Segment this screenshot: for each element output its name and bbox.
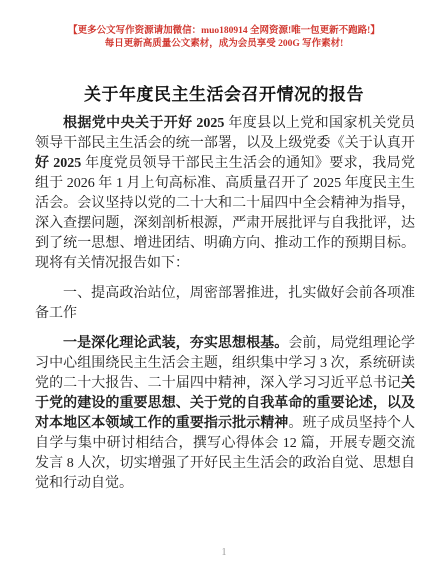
paragraph: 一、提高政治站位，周密部署推进，扎实做好会前各项准备工作 [35,284,415,324]
text-run: 年度党员领导干部民主生活会的通知》要求，我局党组于 2026 年 1 月上旬高标… [35,156,415,271]
watermark-line: 【更多公文写作资源请加微信：muo180914 全网资源!唯一包更新不跑路!】 [0,25,448,38]
bold-run: 一是深化理论武装，夯实思想根基。 [63,336,288,351]
document-title: 关于年度民主生活会召开情况的报告 [20,83,428,107]
document-page: 【更多公文写作资源请加微信：muo180914 全网资源!唯一包更新不跑路!】 … [0,0,448,580]
text-run: 一、提高政治站位，周密部署推进，扎实做好会前各项准备工作 [35,286,415,321]
document-body: 根据党中央关于开好 2025 年度县以上党和国家机关党员领导干部民主生活会的统一… [35,114,415,494]
page-number: 1 [0,547,448,558]
bold-run: 根据党中央关于开好 2025 [63,116,228,131]
paragraph: 根据党中央关于开好 2025 年度县以上党和国家机关党员领导干部民主生活会的统一… [35,114,415,274]
paragraph: 一是深化理论武装，夯实思想根基。会前，局党组理论学习中心组围绕民主生活会主题，组… [35,334,415,494]
watermark-line: 每日更新高质量公文素材，成为会员享受 200G 写作素材! [0,38,448,51]
bold-run: 好 2025 [35,156,85,171]
watermark-header: 【更多公文写作资源请加微信：muo180914 全网资源!唯一包更新不跑路!】 … [0,0,448,51]
